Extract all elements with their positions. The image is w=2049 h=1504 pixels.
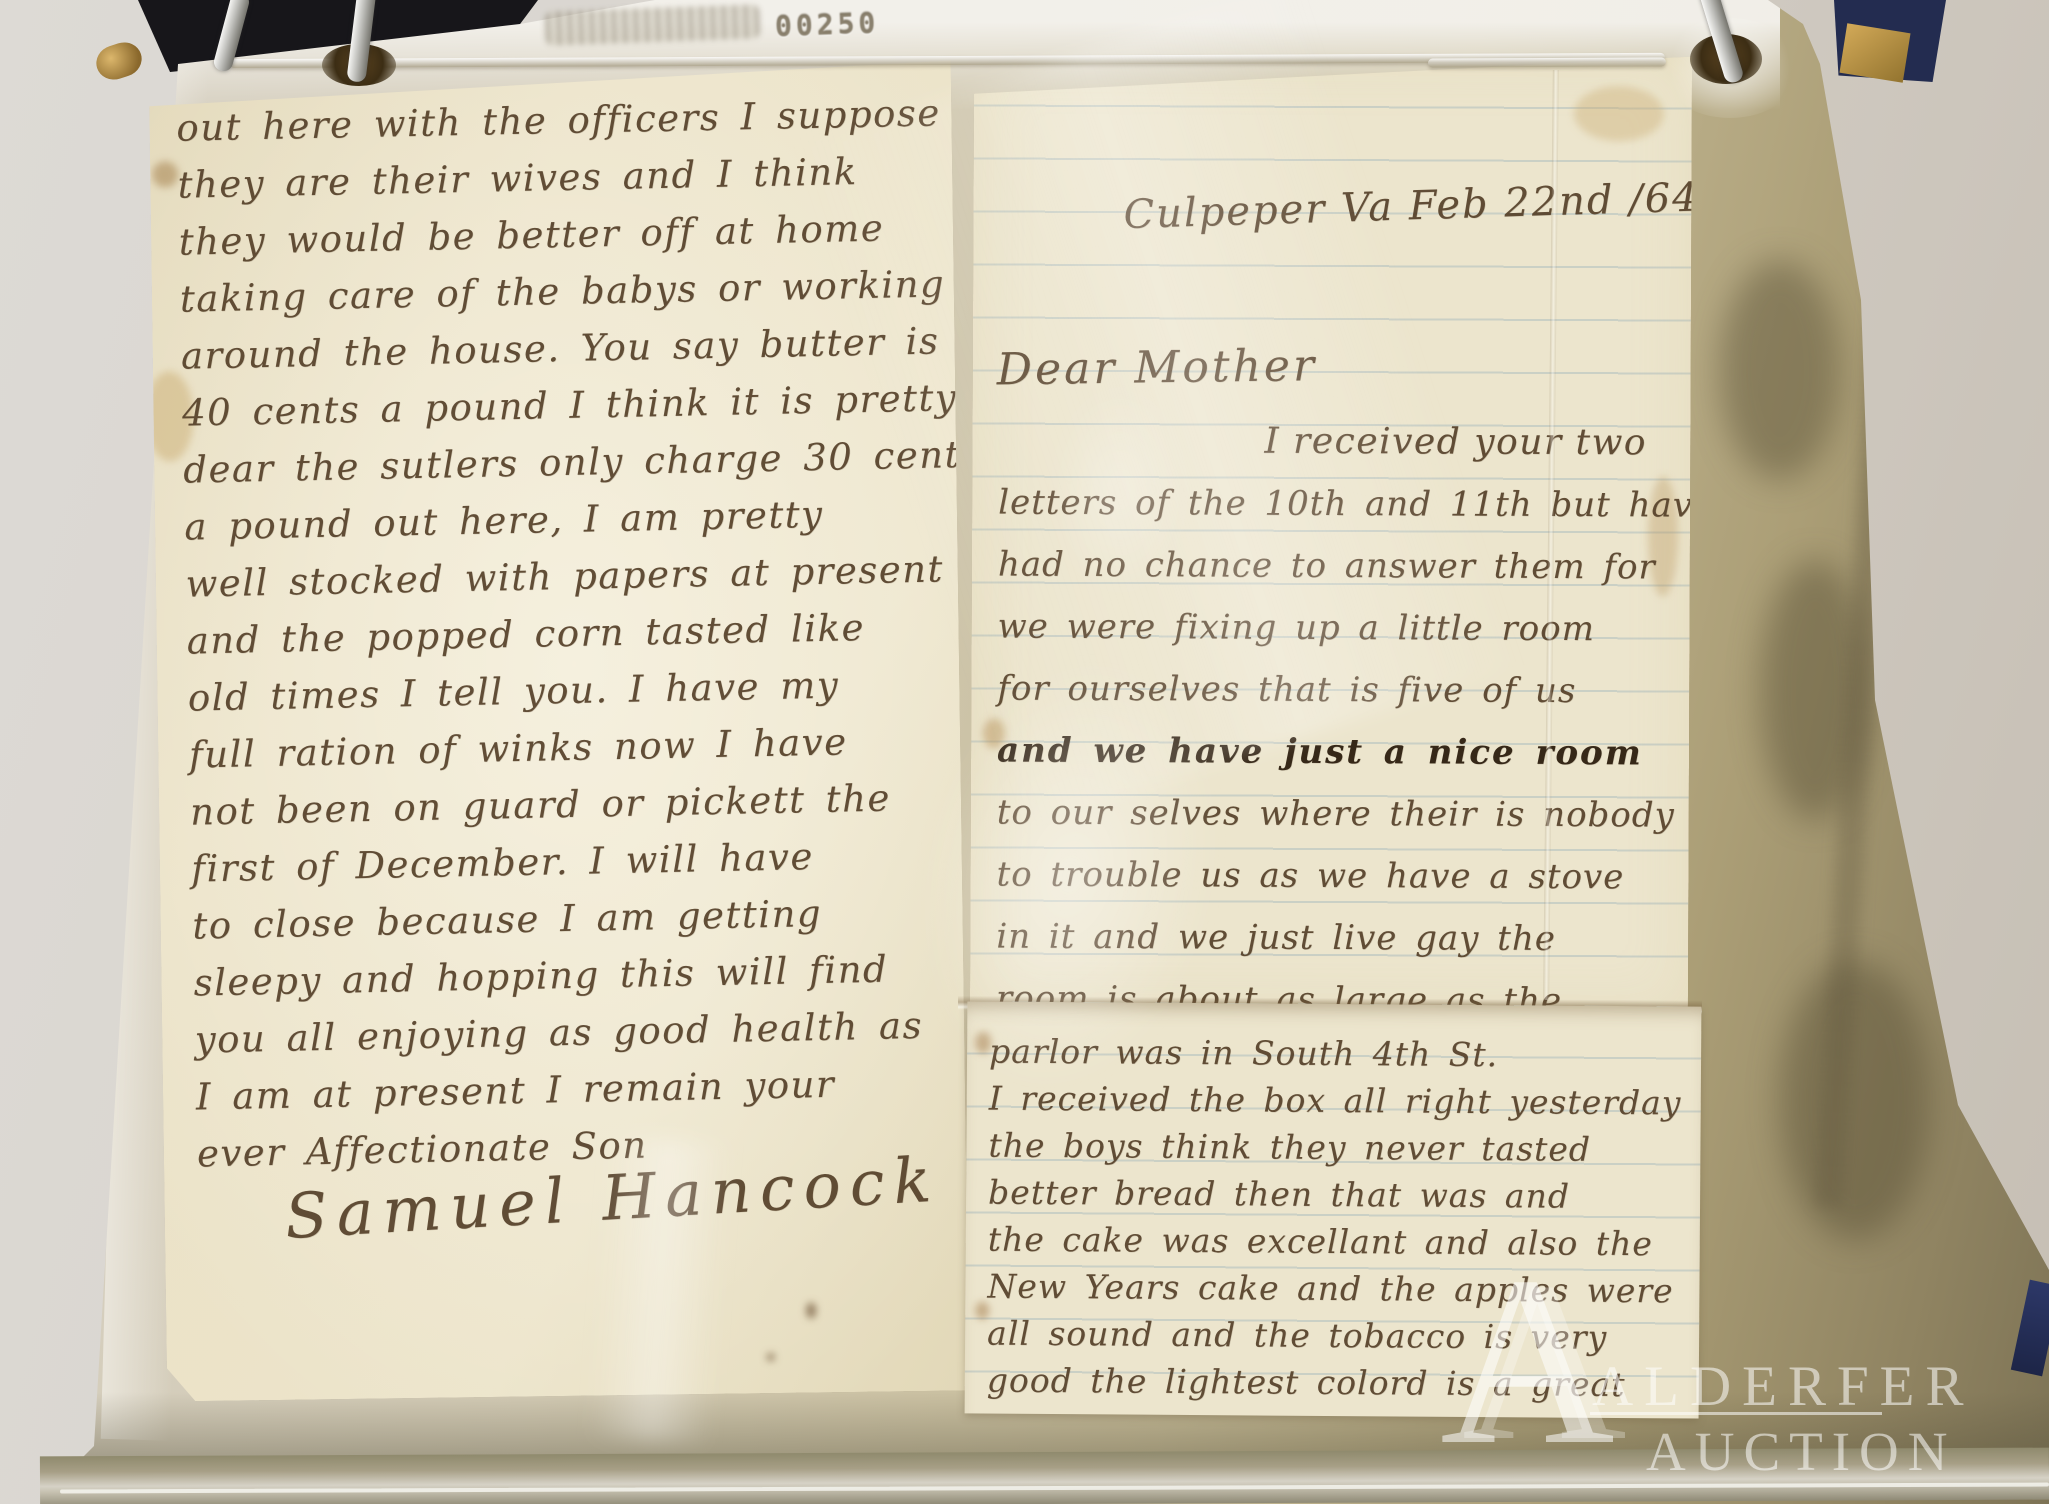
ink-speck	[806, 1302, 816, 1318]
handwriting-line: the boys think they never tasted	[988, 1122, 1681, 1174]
auction-photo-of-civil-war-letter: out here with the officers I suppose the…	[0, 0, 2049, 1504]
plastic-glare	[590, 1136, 731, 1444]
watermark-divider-line	[1590, 1412, 1882, 1415]
paper-stain	[152, 161, 178, 187]
plastic-glare	[1050, 380, 1190, 600]
alderfer-auction-watermark: A A Alderfer Auction	[1440, 1278, 1900, 1498]
ink-speck	[767, 1353, 775, 1361]
sleeve-embossed-number: 00250	[774, 6, 879, 43]
watermark-alderfer-text: Alderfer	[1592, 1354, 1975, 1419]
backdrop-smudge	[1720, 260, 1840, 480]
handwriting-line: I received the box all right yesterday	[989, 1075, 1682, 1127]
watermark-auction-text: Auction	[1646, 1420, 1956, 1483]
paper-stack-edge	[1839, 23, 1910, 82]
handwriting-line: better bread then that was and	[988, 1169, 1681, 1221]
binder-gold-fitting	[92, 38, 146, 85]
